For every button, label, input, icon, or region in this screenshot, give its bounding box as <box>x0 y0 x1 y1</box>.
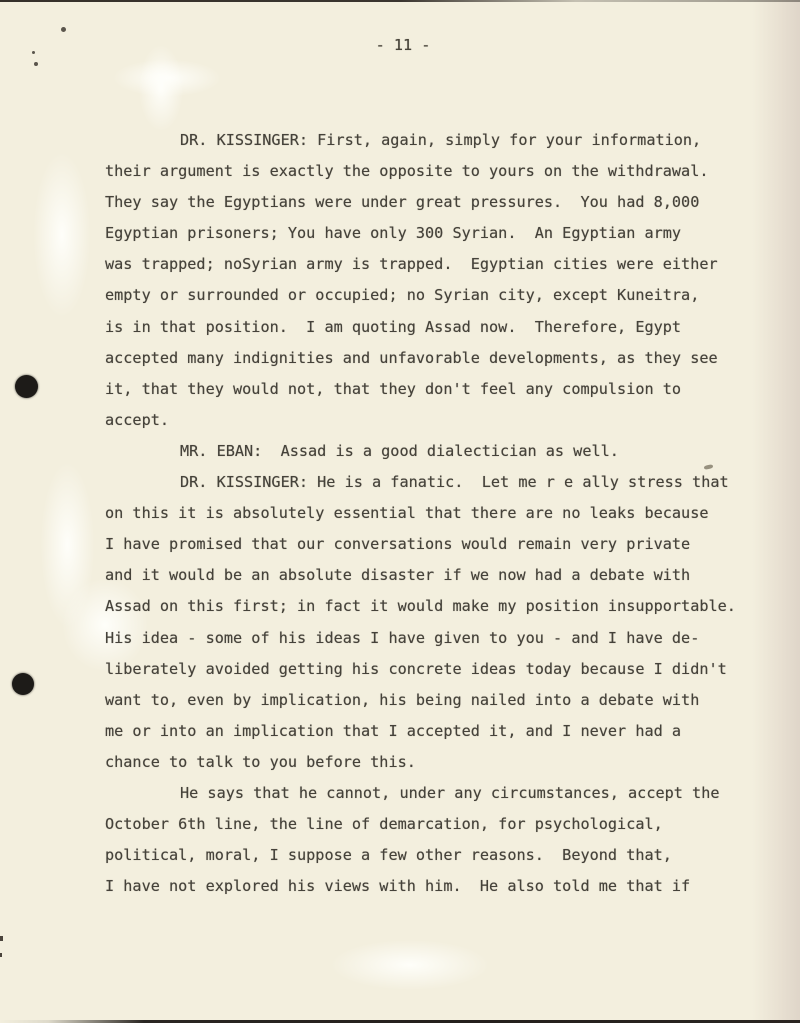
text-line: Assad on this first; in fact it would ma… <box>105 591 765 622</box>
text-line: chance to talk to you before this. <box>105 747 765 778</box>
whiteout-blotch <box>300 930 520 1000</box>
text-line: They say the Egyptians were under great … <box>105 187 765 218</box>
scanned-document-page: { "document": { "page_number": "- 11 -",… <box>0 0 800 1023</box>
text-line: He says that he cannot, under any circum… <box>105 778 765 809</box>
whiteout-blotch <box>30 430 105 660</box>
text-line: accepted many indignities and unfavorabl… <box>105 343 765 374</box>
scan-top-edge <box>0 0 800 2</box>
typewritten-text-block: DR. KISSINGER: First, again, simply for … <box>105 125 765 902</box>
text-line: political, moral, I suppose a few other … <box>105 840 765 871</box>
text-line: accept. <box>105 405 765 436</box>
text-line: DR. KISSINGER: First, again, simply for … <box>105 125 765 156</box>
hole-punch-dot <box>15 375 38 398</box>
page-number: - 11 - <box>0 36 800 54</box>
text-line: His idea - some of his ideas I have give… <box>105 623 765 654</box>
text-line: on this it is absolutely essential that … <box>105 498 765 529</box>
text-line: I have not explored his views with him. … <box>105 871 765 902</box>
text-line: was trapped; noSyrian army is trapped. E… <box>105 249 765 280</box>
text-line: DR. KISSINGER: He is a fanatic. Let me r… <box>105 467 765 498</box>
ink-speckle <box>34 62 38 66</box>
text-line: Egyptian prisoners; You have only 300 Sy… <box>105 218 765 249</box>
text-line: want to, even by implication, his being … <box>105 685 765 716</box>
scan-left-edge-nick <box>0 936 3 941</box>
text-line: I have promised that our conversations w… <box>105 529 765 560</box>
hole-punch-dot <box>12 673 34 695</box>
text-line: empty or surrounded or occupied; no Syri… <box>105 280 765 311</box>
scan-left-edge-nick <box>0 953 2 957</box>
text-line: is in that position. I am quoting Assad … <box>105 312 765 343</box>
text-line: their argument is exactly the opposite t… <box>105 156 765 187</box>
text-line: liberately avoided getting his concrete … <box>105 654 765 685</box>
text-line: it, that they would not, that they don't… <box>105 374 765 405</box>
whiteout-blotch <box>92 52 242 104</box>
whiteout-blotch <box>22 120 102 350</box>
text-line: October 6th line, the line of demarcatio… <box>105 809 765 840</box>
text-line: MR. EBAN: Assad is a good dialectician a… <box>105 436 765 467</box>
text-line: me or into an implication that I accepte… <box>105 716 765 747</box>
text-line: and it would be an absolute disaster if … <box>105 560 765 591</box>
ink-speckle <box>61 27 66 32</box>
